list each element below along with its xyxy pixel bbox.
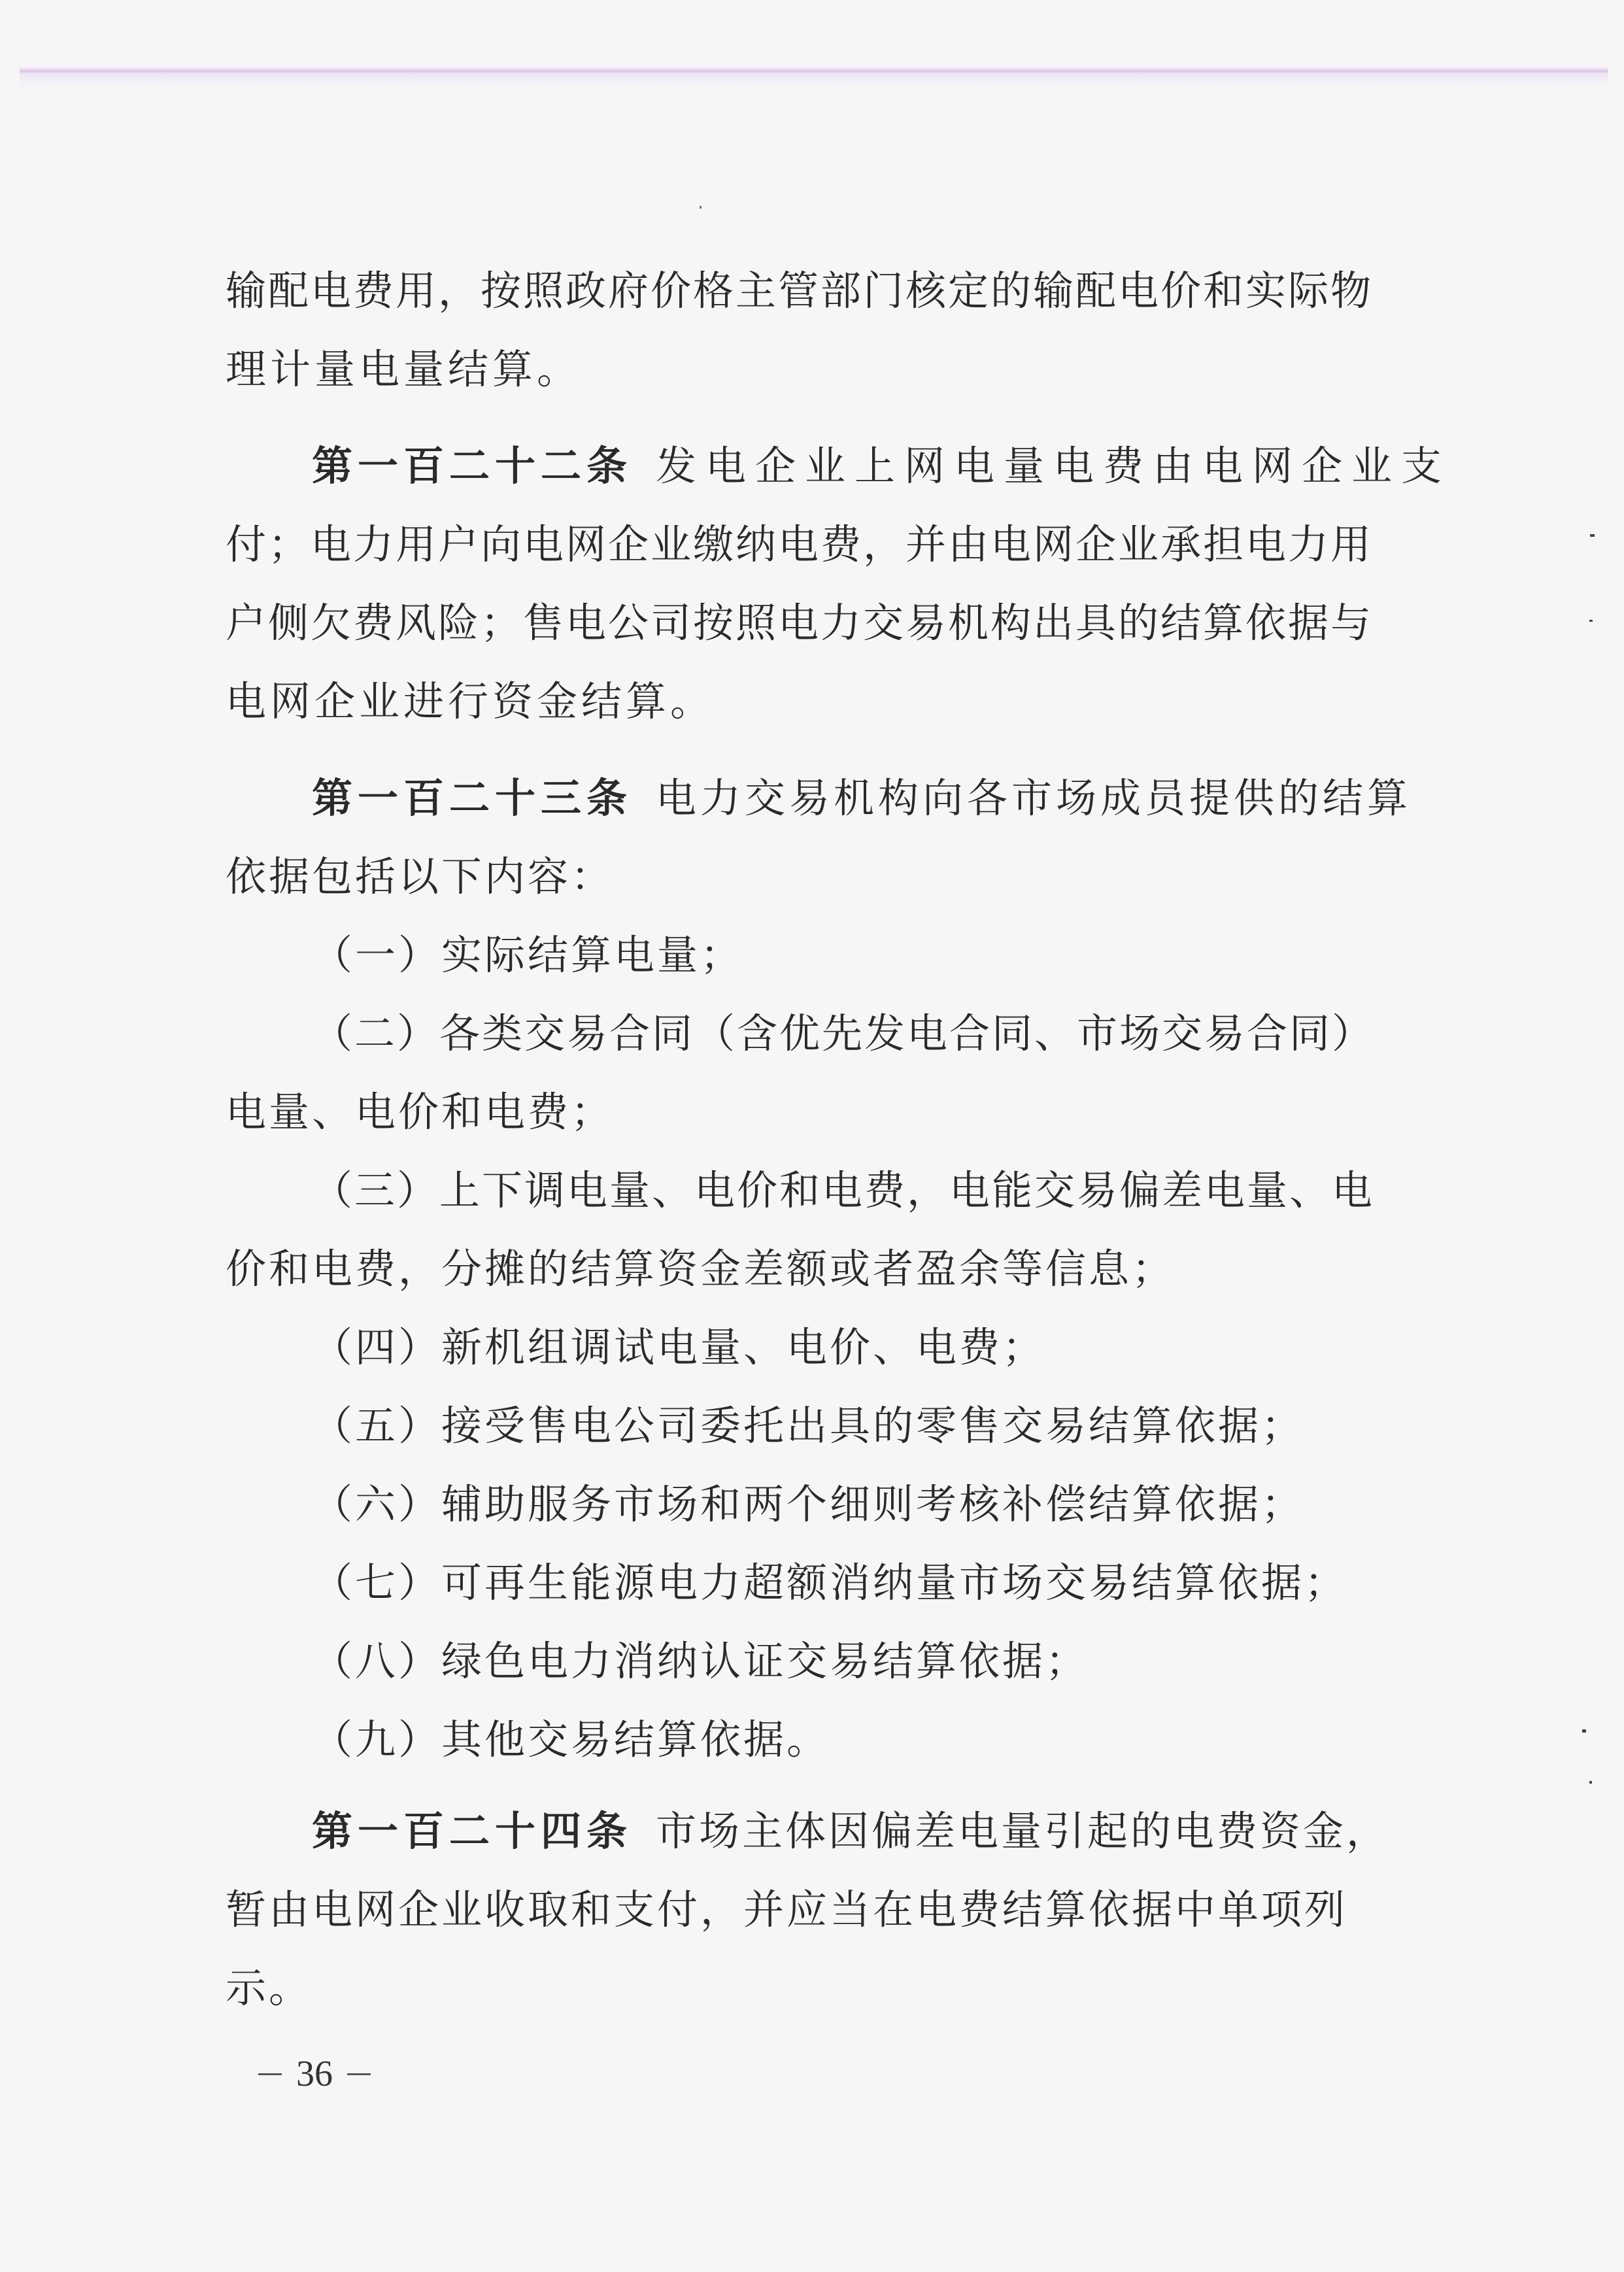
list-item-5: （五）接受售电公司委托出具的零售交易结算依据； <box>312 1400 1304 1452</box>
dash-left <box>258 2073 282 2075</box>
list-marker: （一） <box>312 931 441 979</box>
list-text: 其他交易结算依据。 <box>441 1716 830 1763</box>
list-marker: （三） <box>312 1166 439 1214</box>
list-marker: （六） <box>312 1480 441 1528</box>
paragraph-line: 示。 <box>226 1962 312 2014</box>
list-text: 实际结算电量； <box>441 931 743 979</box>
list-marker: （九） <box>312 1716 441 1763</box>
article-text: 发电企业上网电量电费由电网企业支 <box>656 442 1451 490</box>
article-heading: 第一百二十二条 <box>312 442 632 490</box>
list-item-4: （四）新机组调试电量、电价、电费； <box>312 1321 1045 1374</box>
scan-header-rule <box>20 62 1608 88</box>
scan-speck <box>1590 534 1595 537</box>
list-item-8: （八）绿色电力消纳认证交易结算依据； <box>312 1635 1089 1687</box>
list-text: 辅助服务市场和两个细则考核补偿结算依据； <box>441 1480 1304 1528</box>
paragraph-line: 付；电力用户向电网企业缴纳电费，并由电网企业承担电力用 <box>226 518 1373 571</box>
list-item-3: （三）上下调电量、电价和电费，电能交易偏差电量、电 <box>312 1164 1374 1217</box>
list-item-6: （六）辅助服务市场和两个细则考核补偿结算依据； <box>312 1478 1304 1531</box>
article-text: 市场主体因偏差电量引起的电费资金， <box>656 1807 1389 1855</box>
paragraph-line: 依据包括以下内容： <box>226 851 614 903</box>
list-text: 各类交易合同（含优先发电合同、市场交易合同） <box>439 1009 1374 1057</box>
list-text: 上下调电量、电价和电费，电能交易偏差电量、电 <box>439 1166 1374 1214</box>
page-number: 36 <box>258 2053 371 2095</box>
list-marker: （二） <box>312 1009 439 1057</box>
list-item-9: （九）其他交易结算依据。 <box>312 1714 830 1766</box>
list-marker: （五） <box>312 1402 441 1450</box>
list-text: 接受售电公司委托出具的零售交易结算依据； <box>441 1402 1304 1450</box>
scan-speck <box>1589 1781 1592 1784</box>
article-heading: 第一百二十三条 <box>312 774 632 822</box>
paragraph-line: 电网企业进行资金结算。 <box>226 675 715 728</box>
article-heading: 第一百二十四条 <box>312 1807 632 1855</box>
list-item-2-continuation: 电量、电价和电费； <box>226 1086 614 1138</box>
list-text: 绿色电力消纳认证交易结算依据； <box>441 1637 1089 1685</box>
list-text: 新机组调试电量、电价、电费； <box>441 1323 1045 1371</box>
list-item-1: （一）实际结算电量； <box>312 929 743 981</box>
list-text: 可再生能源电力超额消纳量市场交易结算依据； <box>441 1559 1347 1606</box>
paragraph-line: 暂由电网企业收取和支付，并应当在电费结算依据中单项列 <box>226 1884 1347 1936</box>
article-122-first-line: 第一百二十二条发电企业上网电量电费由电网企业支 <box>312 440 1451 492</box>
list-item-3-continuation: 价和电费，分摊的结算资金差额或者盈余等信息； <box>226 1243 1175 1295</box>
paragraph-line: 理计量电量结算。 <box>226 343 581 396</box>
article-text: 电力交易机构向各市场成员提供的结算 <box>656 774 1412 822</box>
page-number-value: 36 <box>296 2053 333 2095</box>
article-124-first-line: 第一百二十四条市场主体因偏差电量引起的电费资金， <box>312 1805 1389 1857</box>
dash-right <box>347 2073 371 2075</box>
article-123-first-line: 第一百二十三条电力交易机构向各市场成员提供的结算 <box>312 772 1412 824</box>
list-marker: （四） <box>312 1323 441 1371</box>
list-marker: （八） <box>312 1637 441 1685</box>
list-item-2: （二）各类交易合同（含优先发电合同、市场交易合同） <box>312 1008 1374 1060</box>
scan-speck <box>1589 620 1593 622</box>
scan-speck <box>700 206 702 209</box>
list-item-7: （七）可再生能源电力超额消纳量市场交易结算依据； <box>312 1557 1347 1609</box>
paragraph-line: 输配电费用，按照政府价格主管部门核定的输配电价和实际物 <box>226 265 1402 317</box>
scan-speck <box>1582 1729 1586 1733</box>
list-marker: （七） <box>312 1559 441 1606</box>
paragraph-line: 户侧欠费风险；售电公司按照电力交易机构出具的结算依据与 <box>226 597 1373 649</box>
